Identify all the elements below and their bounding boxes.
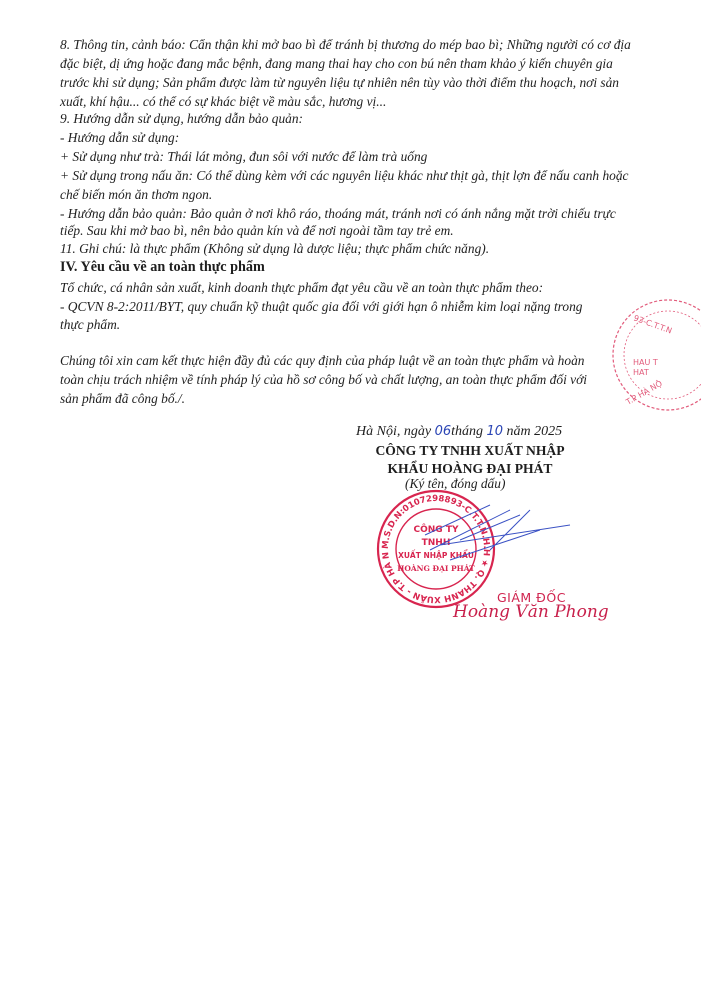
handwritten-signature-icon (420, 500, 580, 570)
section9-line: + Sử dụng như trà: Thái lát mỏng, đun sô… (60, 148, 427, 166)
date-month-label: tháng (451, 424, 483, 439)
company-name: CÔNG TY TNHH XUẤT NHẬP KHẨU HOÀNG ĐẠI PH… (355, 442, 585, 478)
section9-line: + Sử dụng trong nấu ăn: Có thể dùng kèm … (60, 167, 629, 185)
section9-line: tiếp. Sau khi mở bao bì, nên bảo quản kí… (60, 222, 454, 240)
section-iv-line: Tổ chức, cá nhân sản xuất, kinh doanh th… (60, 279, 543, 297)
svg-text:T.P HÀ NỘ: T.P HÀ NỘ (623, 377, 664, 407)
partial-stamp-icon: 93-C.T.T.N HAU T HAT T.P HÀ NỘ (598, 290, 701, 420)
section8-line: đặc biệt, dị ứng hoặc đang mắc bệnh, đan… (60, 55, 613, 73)
section-iv-line: thực phẩm. (60, 316, 120, 334)
section8-line: xuất, khí hậu... có thể có sự khác biệt … (60, 93, 386, 111)
section-iv-heading: IV. Yêu cầu về an toàn thực phẩm (60, 259, 265, 276)
section9-line: - Hướng dẫn sử dụng: (60, 129, 179, 147)
commitment-line: Chúng tôi xin cam kết thực hiện đầy đủ c… (60, 352, 584, 370)
date-day: 06 (435, 424, 452, 439)
section8-line: trước khi sử dụng; Sản phẩm được làm từ … (60, 74, 619, 92)
company-line: CÔNG TY TNHH XUẤT NHẬP (355, 442, 585, 460)
section9-line: chế biến món ăn thơm ngon. (60, 186, 212, 204)
date-year: năm 2025 (507, 424, 563, 439)
commitment-line: toàn chịu trách nhiệm về tính pháp lý củ… (60, 371, 587, 389)
date-month: 10 (487, 424, 504, 439)
svg-text:93-C.T.T.N: 93-C.T.T.N (632, 313, 673, 335)
svg-text:HAT: HAT (633, 368, 649, 377)
section9-line: - Hướng dẫn bảo quản: Bảo quản ở nơi khô… (60, 205, 616, 223)
section8-line: 8. Thông tin, cảnh báo: Cẩn thận khi mở … (60, 36, 631, 54)
signature-date: Hà Nội, ngày 06tháng 10 năm 2025 (356, 424, 562, 440)
section9-line: 9. Hướng dẫn sử dụng, hướng dẫn bảo quản… (60, 110, 303, 128)
svg-text:HAU T: HAU T (633, 358, 658, 367)
section11-line: 11. Ghi chú: là thực phẩm (Không sử dụng… (60, 240, 489, 258)
director-name: Hoàng Văn Phong (453, 602, 609, 622)
commitment-line: sản phẩm đã công bố./. (60, 390, 185, 408)
section-iv-line: - QCVN 8-2:2011/BYT, quy chuẩn kỹ thuật … (60, 298, 582, 316)
document-page: 8. Thông tin, cảnh báo: Cẩn thận khi mở … (0, 0, 701, 1000)
date-prefix: Hà Nội, ngày (356, 424, 431, 439)
